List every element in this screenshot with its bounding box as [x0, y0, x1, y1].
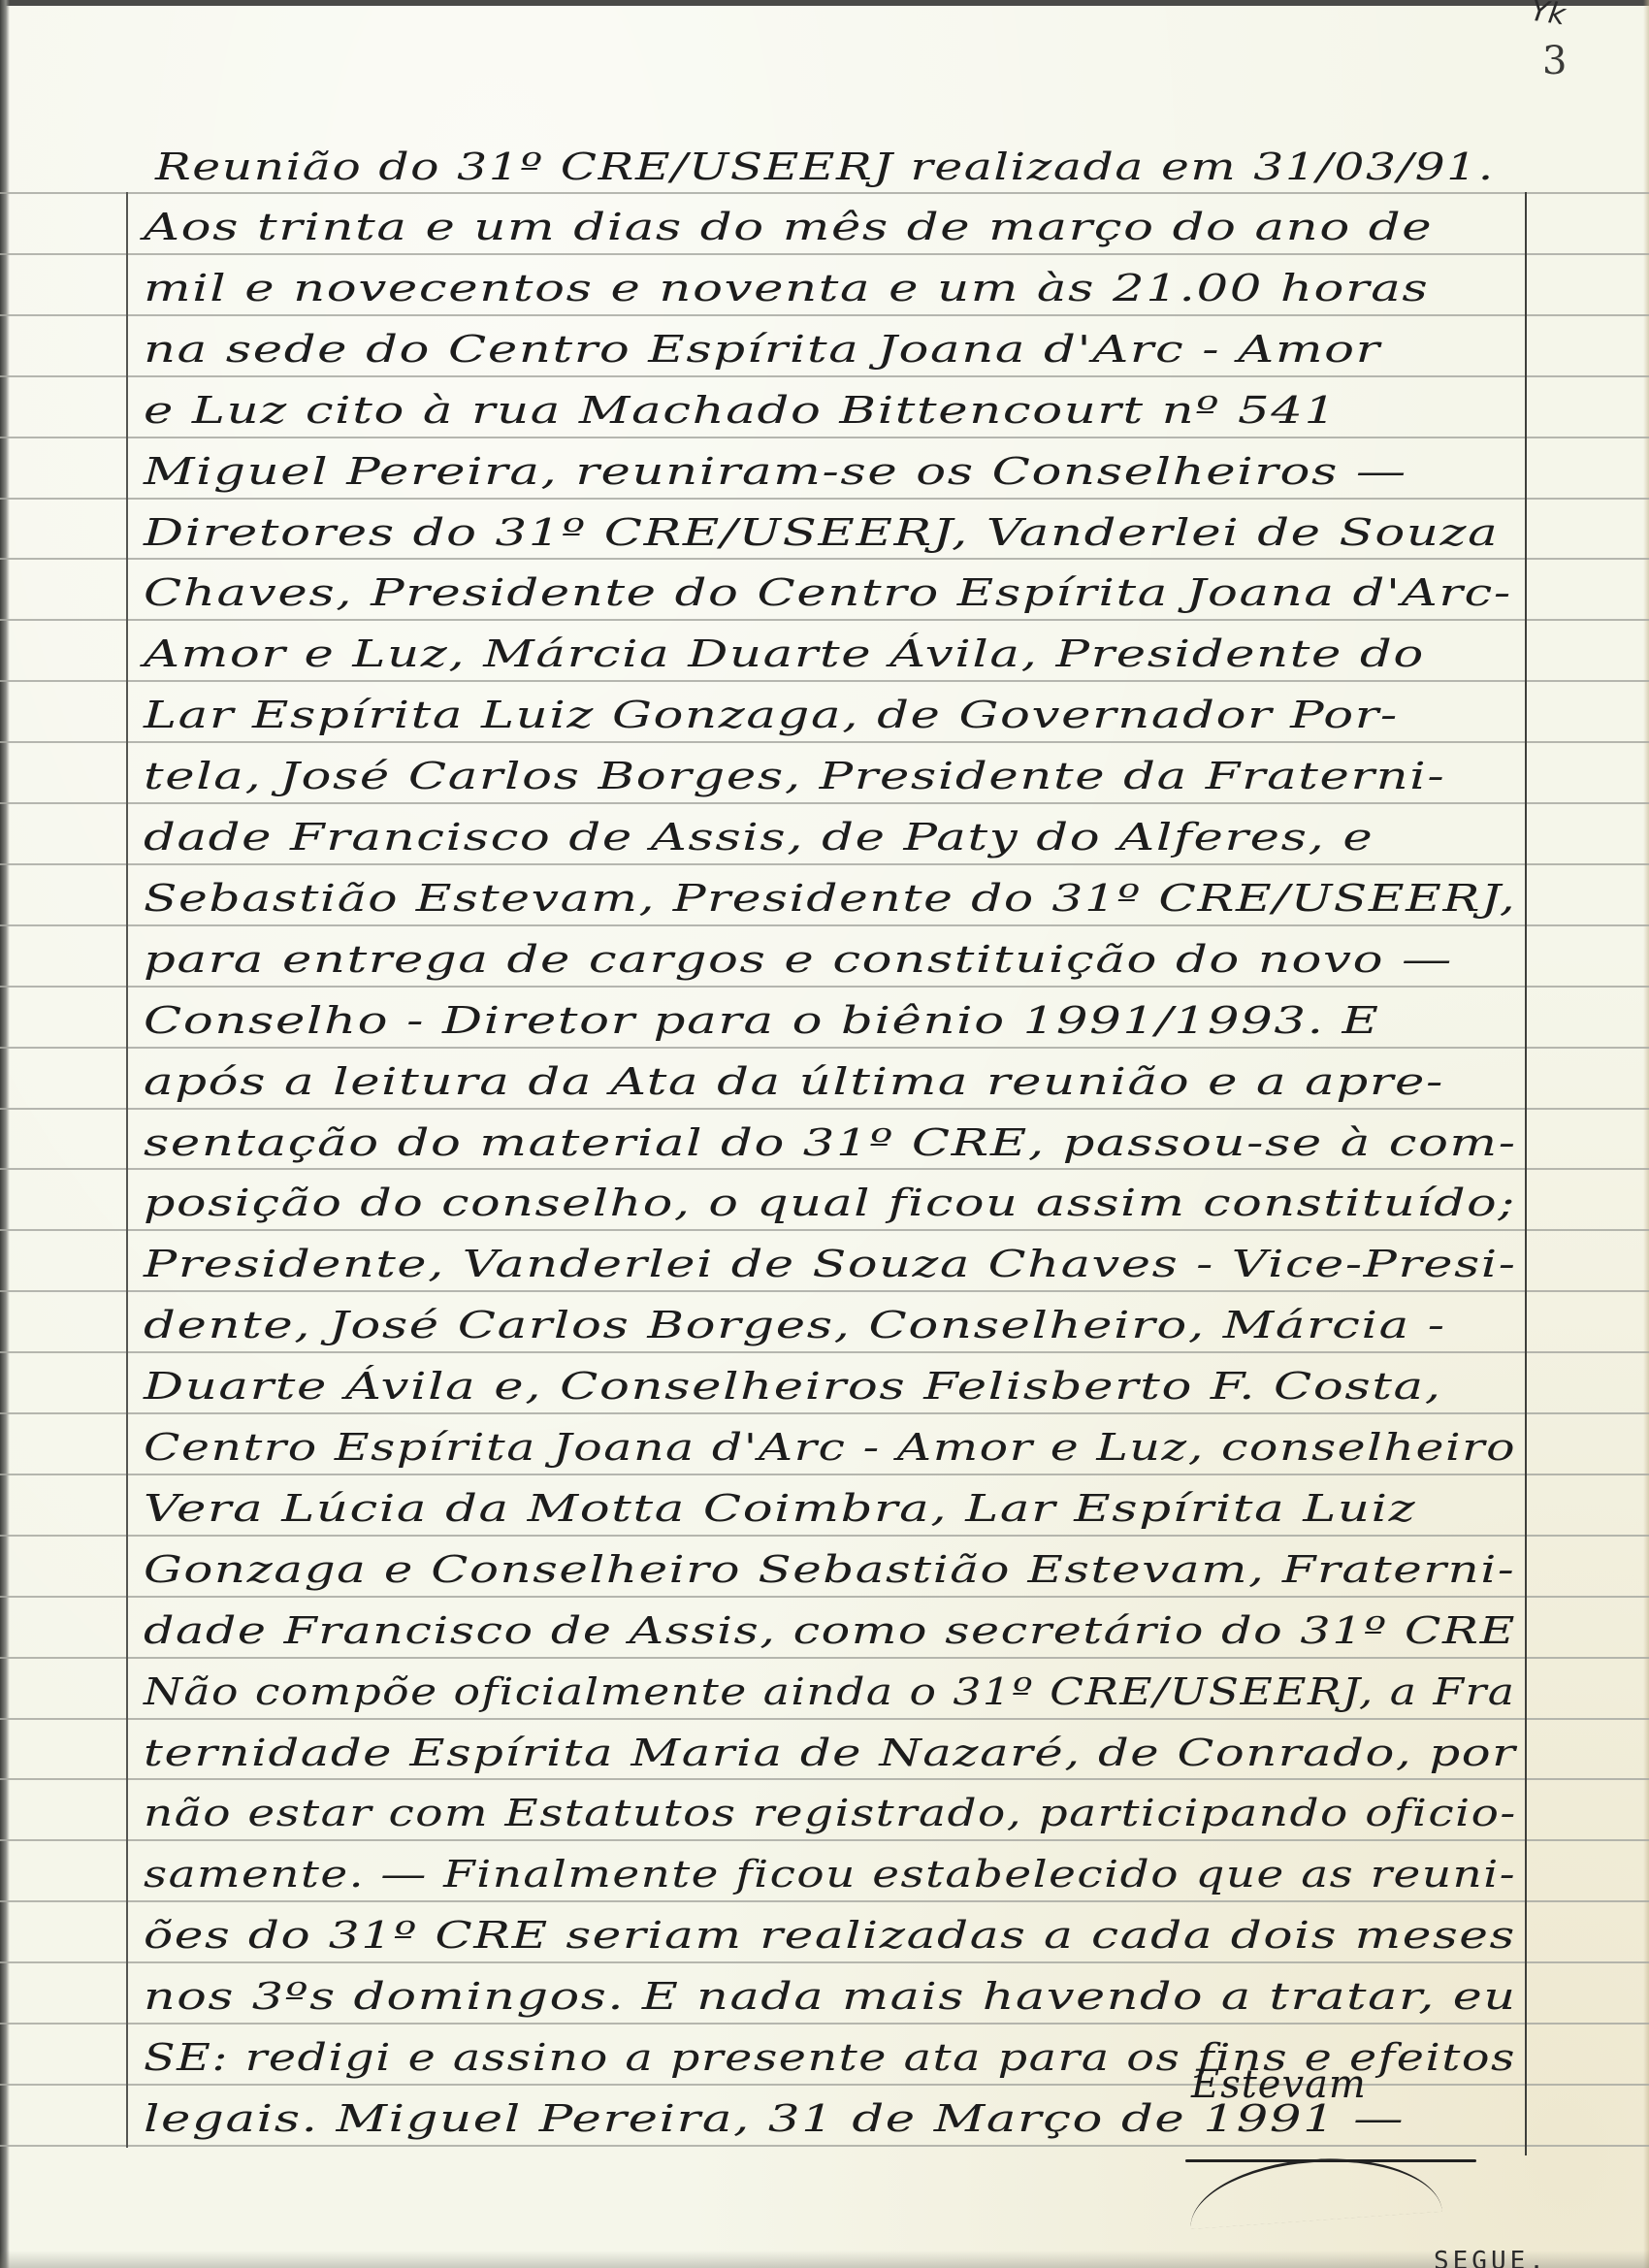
ruled-line: [0, 1657, 1649, 1659]
ruled-line: [0, 1290, 1649, 1292]
minutes-line: mil e novecentos e noventa e um às 21.00…: [144, 269, 1429, 308]
scan-border-left: [0, 0, 10, 2268]
minutes-line: dente, José Carlos Borges, Conselheiro, …: [144, 1306, 1446, 1345]
minutes-line: Vera Lúcia da Motta Coimbra, Lar Espírit…: [144, 1489, 1416, 1528]
minutes-title: Reunião do 31º CRE/USEERJ realizada em 3…: [155, 147, 1495, 186]
signature: Estevam: [1191, 2062, 1367, 2107]
ruled-line: [0, 1535, 1649, 1537]
minutes-line: Amor e Luz, Márcia Duarte Ávila, Preside…: [144, 634, 1425, 673]
minutes-line: Lar Espírita Luiz Gonzaga, de Governador…: [144, 696, 1399, 734]
ruled-line: [0, 437, 1649, 438]
ledger-page: Yk 3 Reunião do 31º CRE/USEERJ realizada…: [0, 0, 1649, 2268]
left-margin-line: [126, 192, 128, 2148]
minutes-line: e Luz cito à rua Machado Bittencourt nº …: [144, 391, 1338, 430]
minutes-line: Aos trinta e um dias do mês de março do …: [144, 208, 1433, 246]
scan-border-top: [0, 0, 1649, 6]
minutes-line: tela, José Carlos Borges, Presidente da …: [144, 757, 1445, 795]
ruled-line: [0, 498, 1649, 500]
ruled-line: [0, 314, 1649, 316]
minutes-line: dade Francisco de Assis, como secretário…: [144, 1611, 1516, 1650]
minutes-line: dade Francisco de Assis, de Paty do Alfe…: [144, 818, 1374, 857]
minutes-line: Não compõe oficialmente ainda o 31º CRE/…: [144, 1672, 1515, 1711]
folio-initials-mark: Yk: [1529, 0, 1568, 32]
ruled-line: [0, 741, 1649, 743]
ruled-line: [0, 375, 1649, 377]
minutes-line: Conselho - Diretor para o biênio 1991/19…: [144, 1001, 1380, 1040]
ruled-line: [0, 1108, 1649, 1110]
ruled-line: [0, 2084, 1649, 2086]
ruled-line: [0, 1961, 1649, 1963]
minutes-line: Miguel Pereira, reuniram-se os Conselhei…: [144, 452, 1407, 491]
minutes-line: ternidade Espírita Maria de Nazaré, de C…: [144, 1733, 1516, 1772]
ruled-line: [0, 863, 1649, 865]
continues-label: SEGUE.: [1434, 2247, 1548, 2268]
ruled-line: [0, 253, 1649, 255]
ruled-line: [0, 986, 1649, 988]
ruled-line: [0, 1778, 1649, 1780]
ruled-line: [0, 1900, 1649, 1902]
ruled-line: [0, 558, 1649, 560]
minutes-line: posição do conselho, o qual ficou assim …: [144, 1183, 1516, 1222]
ruled-line: [0, 802, 1649, 804]
minutes-line: ões do 31º CRE seriam realizadas a cada …: [144, 1916, 1516, 1955]
minutes-line: após a leitura da Ata da última reunião …: [144, 1062, 1444, 1101]
minutes-line: Chaves, Presidente do Centro Espírita Jo…: [144, 573, 1512, 612]
ruled-line: [0, 1718, 1649, 1720]
paper-edge-right: [1643, 0, 1649, 2268]
minutes-line: Diretores do 31º CRE/USEERJ, Vanderlei d…: [144, 513, 1499, 552]
page-number: 3: [1542, 39, 1567, 83]
minutes-line: Sebastião Estevam, Presidente do 31º CRE…: [144, 879, 1516, 918]
ruled-line: [0, 680, 1649, 682]
minutes-line: na sede do Centro Espírita Joana d'Arc -…: [144, 330, 1381, 369]
ruled-line: [0, 1351, 1649, 1353]
ruled-line: [0, 1596, 1649, 1598]
minutes-line: Presidente, Vanderlei de Souza Chaves - …: [144, 1245, 1517, 1283]
minutes-line: samente. — Finalmente ficou estabelecido…: [144, 1855, 1516, 1894]
minutes-line: sentação do material do 31º CRE, passou-…: [144, 1123, 1517, 1162]
ruled-line: [0, 2145, 1649, 2147]
minutes-line: não estar com Estatutos registrado, part…: [144, 1794, 1517, 1832]
minutes-line: Gonzaga e Conselheiro Sebastião Estevam,…: [144, 1550, 1515, 1589]
ruled-line: [0, 1839, 1649, 1841]
ruled-line: [0, 1474, 1649, 1475]
ruled-line: [0, 619, 1649, 621]
minutes-line: Duarte Ávila e, Conselheiros Felisberto …: [144, 1367, 1442, 1406]
ruled-line: [0, 192, 1649, 194]
minutes-line: para entrega de cargos e constituição do…: [144, 940, 1453, 979]
signature-flourish: [1186, 2151, 1442, 2229]
scan-border-bottom: [0, 2251, 1649, 2268]
ruled-line: [0, 1168, 1649, 1170]
ruled-line: [0, 2023, 1649, 2025]
minutes-line: nos 3ºs domingos. E nada mais havendo a …: [144, 1977, 1517, 2016]
ruled-line: [0, 1229, 1649, 1231]
ruled-line: [0, 1047, 1649, 1049]
ruled-line: [0, 924, 1649, 926]
ruled-line: [0, 1412, 1649, 1414]
right-margin-line: [1525, 192, 1527, 2155]
minutes-line: Centro Espírita Joana d'Arc - Amor e Luz…: [144, 1428, 1516, 1467]
